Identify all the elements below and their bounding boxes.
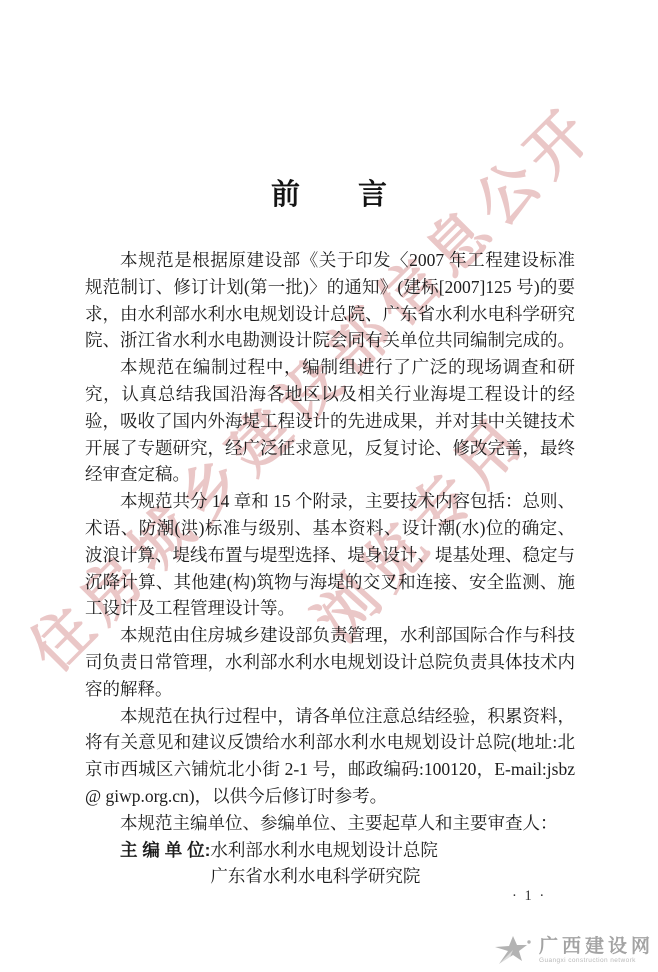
chief-editor-unit: 广东省水利水电科学研究院 [210, 863, 438, 890]
paragraph-contents-overview: 本规范共分 14 章和 15 个附录，主要技术内容包括：总则、术语、防潮(洪)标… [85, 488, 575, 622]
paragraph-feedback-address: 本规范在执行过程中，请各单位注意总结经验，积累资料，将有关意见和建议反馈给水利部… [85, 703, 575, 810]
logo-tagline: Guangxi construction network [539, 957, 636, 965]
paragraph-closing-line: 本规范主编单位、参编单位、主要起草人和主要审查人： [85, 810, 575, 837]
document-page: 住房城乡建设部信息公开 浏览专用 前 言 本规范是根据原建设部《关于印发〈200… [0, 0, 658, 972]
star-logo-icon [492, 934, 534, 968]
logo-name: 广西建设网 [539, 937, 654, 957]
chief-editor-block: 主 编 单 位: 水利部水利水电规划设计总院 广东省水利水电科学研究院 [85, 837, 575, 891]
paragraph-management: 本规范由住房城乡建设部负责管理，水利部国际合作与科技司负责日常管理，水利部水利水… [85, 622, 575, 702]
site-logo: 广西建设网 Guangxi construction network [492, 934, 654, 968]
chief-editor-unit: 水利部水利水电规划设计总院 [210, 837, 438, 864]
document-body: 本规范是根据原建设部《关于印发〈2007 年工程建设标准规范制订、修订计划(第一… [85, 247, 575, 890]
page-title: 前 言 [0, 172, 658, 213]
logo-text-column: 广西建设网 Guangxi construction network [539, 937, 654, 965]
page-number: · 1 · [512, 888, 546, 905]
chief-editor-units: 水利部水利水电规划设计总院 广东省水利水电科学研究院 [210, 837, 438, 891]
chief-editor-label: 主 编 单 位: [120, 837, 210, 864]
paragraph-origin: 本规范是根据原建设部《关于印发〈2007 年工程建设标准规范制订、修订计划(第一… [85, 247, 575, 354]
paragraph-drafting-process: 本规范在编制过程中，编制组进行了广泛的现场调查和研究，认真总结我国沿海各地区以及… [85, 354, 575, 488]
